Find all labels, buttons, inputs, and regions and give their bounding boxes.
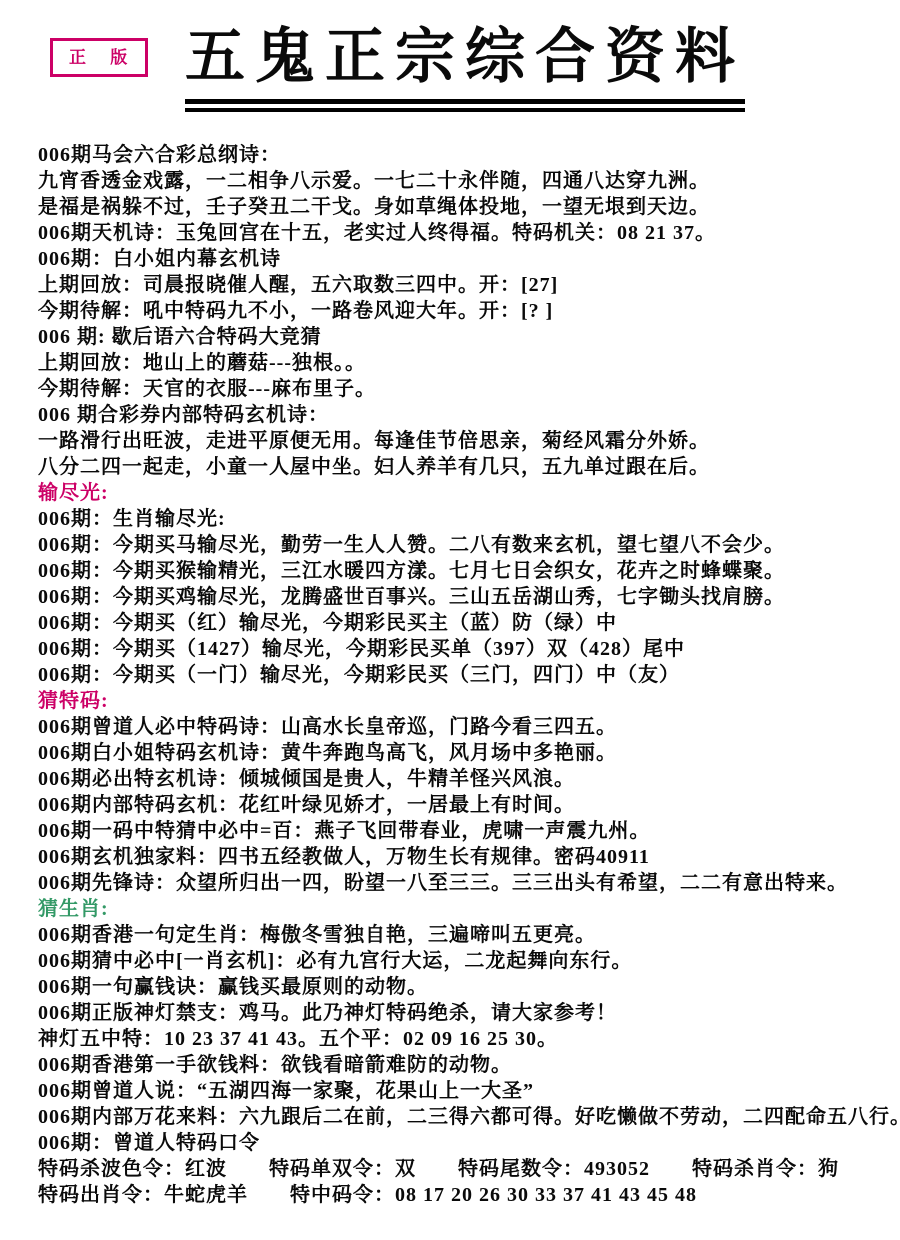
text-line: 上期回放：司晨报晓催人醒，五六取数三四中。开：[27] (38, 272, 884, 298)
text-line: 006期：今期买（1427）输尽光，今期彩民买单（397）双（428）尾中 (38, 636, 884, 662)
text-line: 006 期: 歇后语六合特码大竞猜 (38, 324, 884, 350)
text-line: 006期香港第一手欲钱料：欲钱看暗箭难防的动物。 (38, 1052, 884, 1078)
password-row: 特码出肖令：牛蛇虎羊 特中码令：08 17 20 26 30 33 37 41 … (38, 1182, 884, 1208)
text-line: 神灯五中特：10 23 37 41 43。五个平：02 09 16 25 30。 (38, 1026, 884, 1052)
text-line: 006期内部特码玄机：花红叶绿见娇才，一居最上有时间。 (38, 792, 884, 818)
text-line: 上期回放：地山上的蘑菇---独根。。 (38, 350, 884, 376)
text-line: 006期白小姐特码玄机诗：黄牛奔跑鸟高飞，风月场中多艳丽。 (38, 740, 884, 766)
text-line: 006期内部万花来料：六九跟后二在前，二三得六都可得。好吃懒做不劳动，二四配命五… (38, 1104, 884, 1130)
text-line: 九宵香透金戏露，一二相争八示爱。一七二十永伴随，四通八达穿九洲。 (38, 168, 884, 194)
text-line: 今期待解：吼中特码九不小，一路卷风迎大年。开：[? ] (38, 298, 884, 324)
content-lines: 006期马会六合彩总纲诗：九宵香透金戏露，一二相争八示爱。一七二十永伴随，四通八… (38, 142, 884, 1208)
text-line: 006期正版神灯禁支：鸡马。此乃神灯特码绝杀，请大家参考！ (38, 1000, 884, 1026)
text-line: 006期：白小姐内幕玄机诗 (38, 246, 884, 272)
text-line: 006期必出特玄机诗：倾城倾国是贵人，牛精羊怪兴风浪。 (38, 766, 884, 792)
text-line: 006期：今期买（一门）输尽光，今期彩民买（三门，四门）中（友） (38, 662, 884, 688)
title-underline-top (185, 99, 745, 104)
text-line: 006 期合彩券内部特码玄机诗： (38, 402, 884, 428)
text-line: 八分二四一起走，小童一人屋中坐。妇人养羊有几只，五九单过跟在后。 (38, 454, 884, 480)
text-line: 006期先锋诗：众望所归出一四，盼望一八至三三。三三出头有希望，二二有意出特来。 (38, 870, 884, 896)
text-line: 006期：今期买猴输精光，三江水暖四方漾。七月七日会织女，花卉之时蜂蝶聚。 (38, 558, 884, 584)
text-line: 006期一句赢钱诀：赢钱买最原则的动物。 (38, 974, 884, 1000)
text-line: 是福是祸躲不过，壬子癸丑二干戈。身如草绳体投地，一望无垠到天边。 (38, 194, 884, 220)
text-line: 一路滑行出旺波，走进平原便无用。每逢佳节倍思亲，菊经风霜分外娇。 (38, 428, 884, 454)
section-header-shujinguang: 输尽光: (38, 480, 884, 506)
text-line: 006期猜中必中[一肖玄机]：必有九宫行大运，二龙起舞向东行。 (38, 948, 884, 974)
page-title: 五鬼正宗综合资料 (185, 20, 745, 95)
title-underline-bottom (185, 108, 745, 112)
text-line: 006期：生肖输尽光: (38, 506, 884, 532)
title-block: 五鬼正宗综合资料 (0, 20, 900, 112)
text-line: 006期一码中特猜中必中=百：燕子飞回带春业，虎啸一声震九州。 (38, 818, 884, 844)
text-line: 006期香港一句定生肖：梅傲冬雪独自艳，三遍啼叫五更亮。 (38, 922, 884, 948)
text-line: 006期：曾道人特码口令 (38, 1130, 884, 1156)
text-line: 006期玄机独家料：四书五经教做人，万物生长有规律。密码40911 (38, 844, 884, 870)
section-header-caitema: 猜特码: (38, 688, 884, 714)
text-line: 006期：今期买（红）输尽光，今期彩民买主（蓝）防（绿）中 (38, 610, 884, 636)
text-line: 006期天机诗：玉兔回宫在十五，老实过人终得福。特码机关：08 21 37。 (38, 220, 884, 246)
text-line: 006期：今期买鸡输尽光，龙腾盛世百事兴。三山五岳湖山秀，七字锄头找肩膀。 (38, 584, 884, 610)
text-line: 006期马会六合彩总纲诗： (38, 142, 884, 168)
text-line: 006期曾道人必中特码诗：山高水长皇帝巡，门路今看三四五。 (38, 714, 884, 740)
document-page: 正 版 五鬼正宗综合资料 006期马会六合彩总纲诗：九宵香透金戏露，一二相争八示… (0, 0, 900, 1240)
text-line: 006期：今期买马输尽光，勤劳一生人人赞。二八有数来玄机，望七望八不会少。 (38, 532, 884, 558)
text-line: 006期曾道人说：“五湖四海一家聚，花果山上一大圣” (38, 1078, 884, 1104)
section-header-caishengxiao: 猜生肖: (38, 896, 884, 922)
title-inner: 五鬼正宗综合资料 (185, 20, 745, 112)
password-row: 特码杀波色令：红波 特码单双令：双 特码尾数令：493052 特码杀肖令：狗 (38, 1156, 884, 1182)
text-line: 今期待解：天官的衣服---麻布里子。 (38, 376, 884, 402)
